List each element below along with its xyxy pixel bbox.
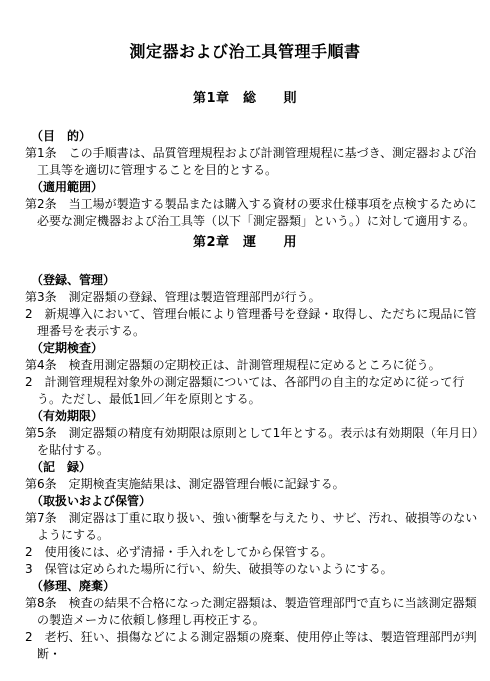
article-paragraph: 第1条 この手順書は、品質管理規程および計測管理規程に基づき、測定器および治工具… xyxy=(25,145,481,179)
article-paragraph: 第6条 定期検査実施結果は、測定器管理台帳に記録する。 xyxy=(25,476,481,493)
section-heading: （取扱いおよび保管） xyxy=(25,493,481,510)
section-heading: （定期検査） xyxy=(25,340,481,357)
section-heading: （記 録） xyxy=(25,459,481,476)
section-heading: （有効期限） xyxy=(25,408,481,425)
article-paragraph: 第8条 検査の結果不合格になった測定器類は、製造管理部門で直ちに当該測定器類の製… xyxy=(25,595,481,629)
article-paragraph: 第3条 測定器類の登録、管理は製造管理部門が行う。 xyxy=(25,289,481,306)
article-paragraph: 第7条 測定器は丁重に取り扱い、強い衝撃を与えたり、サビ、汚れ、破損等のないよう… xyxy=(25,510,481,544)
document-body: 第1章 総 則（目 的）第1条 この手順書は、品質管理規程および計測管理規程に基… xyxy=(25,90,481,663)
section-heading: （適用範囲） xyxy=(25,179,481,196)
article-paragraph: 3 保管は定められた場所に行い、紛失、破損等のないようにする。 xyxy=(25,561,481,578)
document-page: 測定器および治工具管理手順書 第1章 総 則（目 的）第1条 この手順書は、品質… xyxy=(0,0,490,681)
section-heading: （目 的） xyxy=(25,128,481,145)
article-paragraph: 2 新規導入において、管理台帳により管理番号を登録・取得し、ただちに現品に管理番… xyxy=(25,306,481,340)
article-paragraph: 2 計測管理規程対象外の測定器類については、各部門の自主的な定めに従って行う。た… xyxy=(25,374,481,408)
article-paragraph: 第4条 検査用測定器類の定期校正は、計測管理規程に定めるところに従う。 xyxy=(25,357,481,374)
article-paragraph: 第2条 当工場が製造する製品または購入する資材の要求仕様事項を点検するために必要… xyxy=(25,196,481,230)
document-title: 測定器および治工具管理手順書 xyxy=(25,42,481,62)
chapter-heading: 第1章 総 則 xyxy=(25,90,481,108)
article-paragraph: 2 老朽、狂い、損傷などによる測定器類の廃棄、使用停止等は、製造管理部門が判断・ xyxy=(25,629,481,663)
article-paragraph: 2 使用後には、必ず清掃・手入れをしてから保管する。 xyxy=(25,544,481,561)
article-paragraph: 第5条 測定器類の精度有効期限は原則として1年とする。表示は有効期限（年月日）を… xyxy=(25,425,481,459)
section-heading: （登録、管理） xyxy=(25,272,481,289)
chapter-heading: 第2章 運 用 xyxy=(25,234,481,252)
section-heading: （修理、廃棄） xyxy=(25,578,481,595)
